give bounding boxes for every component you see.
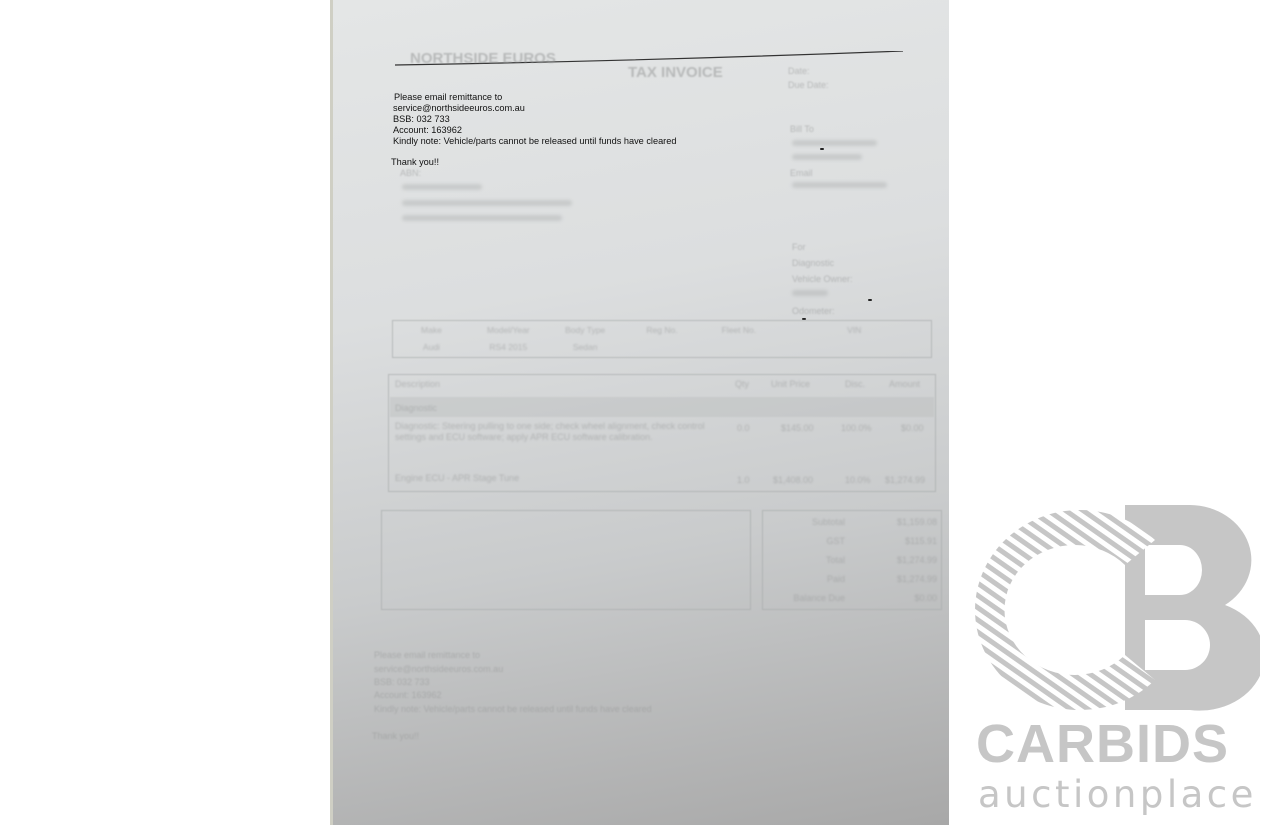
items-header-amount: Amount <box>889 379 920 389</box>
remittance-bsb: BSB: 032 733 <box>393 114 676 125</box>
vehicle-owner-redacted <box>792 290 828 296</box>
items-header-description: Description <box>395 379 440 389</box>
footer-ghost-line2: service@northsideeuros.com.au <box>374 664 503 674</box>
item-1-qty: 0.0 <box>737 423 750 433</box>
vehicle-header-model: Model/Year <box>470 325 547 335</box>
paid-value: $1,274.99 <box>897 574 937 584</box>
vehicle-table-header: Make Model/Year Body Type Reg No. Fleet … <box>393 325 931 335</box>
paid-label: Paid <box>827 574 845 584</box>
invoice-date-label: Date: <box>788 66 810 76</box>
footer-ghost-line6: Thank you!! <box>372 731 419 741</box>
item-2-unit-price: $1,408.00 <box>773 475 813 485</box>
gst-value: $115.91 <box>905 536 937 546</box>
footer-ghost-line5: Kindly note: Vehicle/parts cannot be rel… <box>374 704 652 714</box>
ink-speck <box>820 148 824 150</box>
bill-to-email-label: Email <box>790 168 813 178</box>
footer-ghost-line3: BSB: 032 733 <box>374 677 430 687</box>
total-value: $1,274.99 <box>897 555 937 565</box>
for-label: For <box>792 242 806 252</box>
vehicle-fleet <box>700 342 777 352</box>
vehicle-table: Make Model/Year Body Type Reg No. Fleet … <box>392 320 932 358</box>
subtotal-label: Subtotal <box>812 517 845 527</box>
remittance-account: Account: 163962 <box>393 125 676 136</box>
item-2-qty: 1.0 <box>737 475 750 485</box>
vehicle-header-reg: Reg No. <box>624 325 701 335</box>
totals-box: Subtotal $1,159.08 GST $115.91 Total $1,… <box>762 510 942 610</box>
phone-ghost <box>402 184 482 190</box>
vehicle-owner-label: Vehicle Owner: <box>792 274 853 284</box>
odometer-label: Odometer: <box>792 306 835 316</box>
abn-label: ABN: <box>400 168 421 178</box>
bill-to-phone-redacted <box>792 154 862 160</box>
bill-to-name-redacted <box>792 140 877 146</box>
email-ghost <box>402 200 572 206</box>
balance-due-value: $0.00 <box>914 593 937 603</box>
item-1-unit-price: $145.00 <box>781 423 814 433</box>
footer-ghost-line4: Account: 163962 <box>374 690 442 700</box>
vehicle-header-vin: VIN <box>777 325 931 335</box>
vehicle-header-body: Body Type <box>547 325 624 335</box>
item-1-amount: $0.00 <box>901 423 924 433</box>
watermark-tagline: auctionplace <box>978 773 1257 816</box>
item-2-description: Engine ECU - APR Stage Tune <box>395 473 519 483</box>
items-header-disc: Disc. <box>845 379 865 389</box>
business-name-ghost: NORTHSIDE EUROS <box>410 50 556 67</box>
remittance-intro: Please email remittance to <box>394 92 676 103</box>
item-1-description: Diagnostic: Steering pulling to one side… <box>395 421 715 443</box>
for-line: Diagnostic <box>792 258 834 268</box>
item-1-disc: 100.0% <box>841 423 872 433</box>
website-ghost <box>402 215 562 221</box>
items-section-label: Diagnostic <box>395 403 437 413</box>
footer-ghost-line1: Please email remittance to <box>374 650 480 660</box>
vehicle-vin <box>777 342 931 352</box>
remittance-block: Please email remittance to service@north… <box>393 92 676 168</box>
item-2-amount: $1,274.99 <box>885 475 925 485</box>
tax-invoice-heading: TAX INVOICE <box>628 64 723 81</box>
vehicle-body: Sedan <box>547 342 624 352</box>
total-label: Total <box>826 555 845 565</box>
vehicle-model: RS4 2015 <box>470 342 547 352</box>
carbids-logo-icon <box>975 505 1260 715</box>
due-date-label: Due Date: <box>788 80 829 90</box>
items-header-unit-price: Unit Price <box>771 379 810 389</box>
subtotal-value: $1,159.08 <box>897 517 937 527</box>
balance-due-label: Balance Due <box>793 593 845 603</box>
item-2-disc: 10.0% <box>845 475 871 485</box>
vehicle-header-make: Make <box>393 325 470 335</box>
gst-label: GST <box>826 536 845 546</box>
watermark-brand: CARBIDS <box>976 713 1229 775</box>
remittance-email: service@northsideeuros.com.au <box>393 103 676 114</box>
remittance-thanks: Thank you!! <box>391 157 676 168</box>
items-table: Description Qty Unit Price Disc. Amount … <box>388 374 936 492</box>
remittance-note: Kindly note: Vehicle/parts cannot be rel… <box>393 136 676 147</box>
notes-box <box>381 510 751 610</box>
bill-to-label: Bill To <box>790 124 814 134</box>
bill-to-email-redacted <box>792 182 887 188</box>
ink-speck <box>868 299 872 301</box>
vehicle-table-values: Audi RS4 2015 Sedan <box>393 342 931 352</box>
vehicle-header-fleet: Fleet No. <box>700 325 777 335</box>
vehicle-reg <box>624 342 701 352</box>
paper-edge <box>330 0 333 825</box>
items-section-band <box>390 397 934 417</box>
items-header-qty: Qty <box>735 379 749 389</box>
vehicle-make: Audi <box>393 342 470 352</box>
